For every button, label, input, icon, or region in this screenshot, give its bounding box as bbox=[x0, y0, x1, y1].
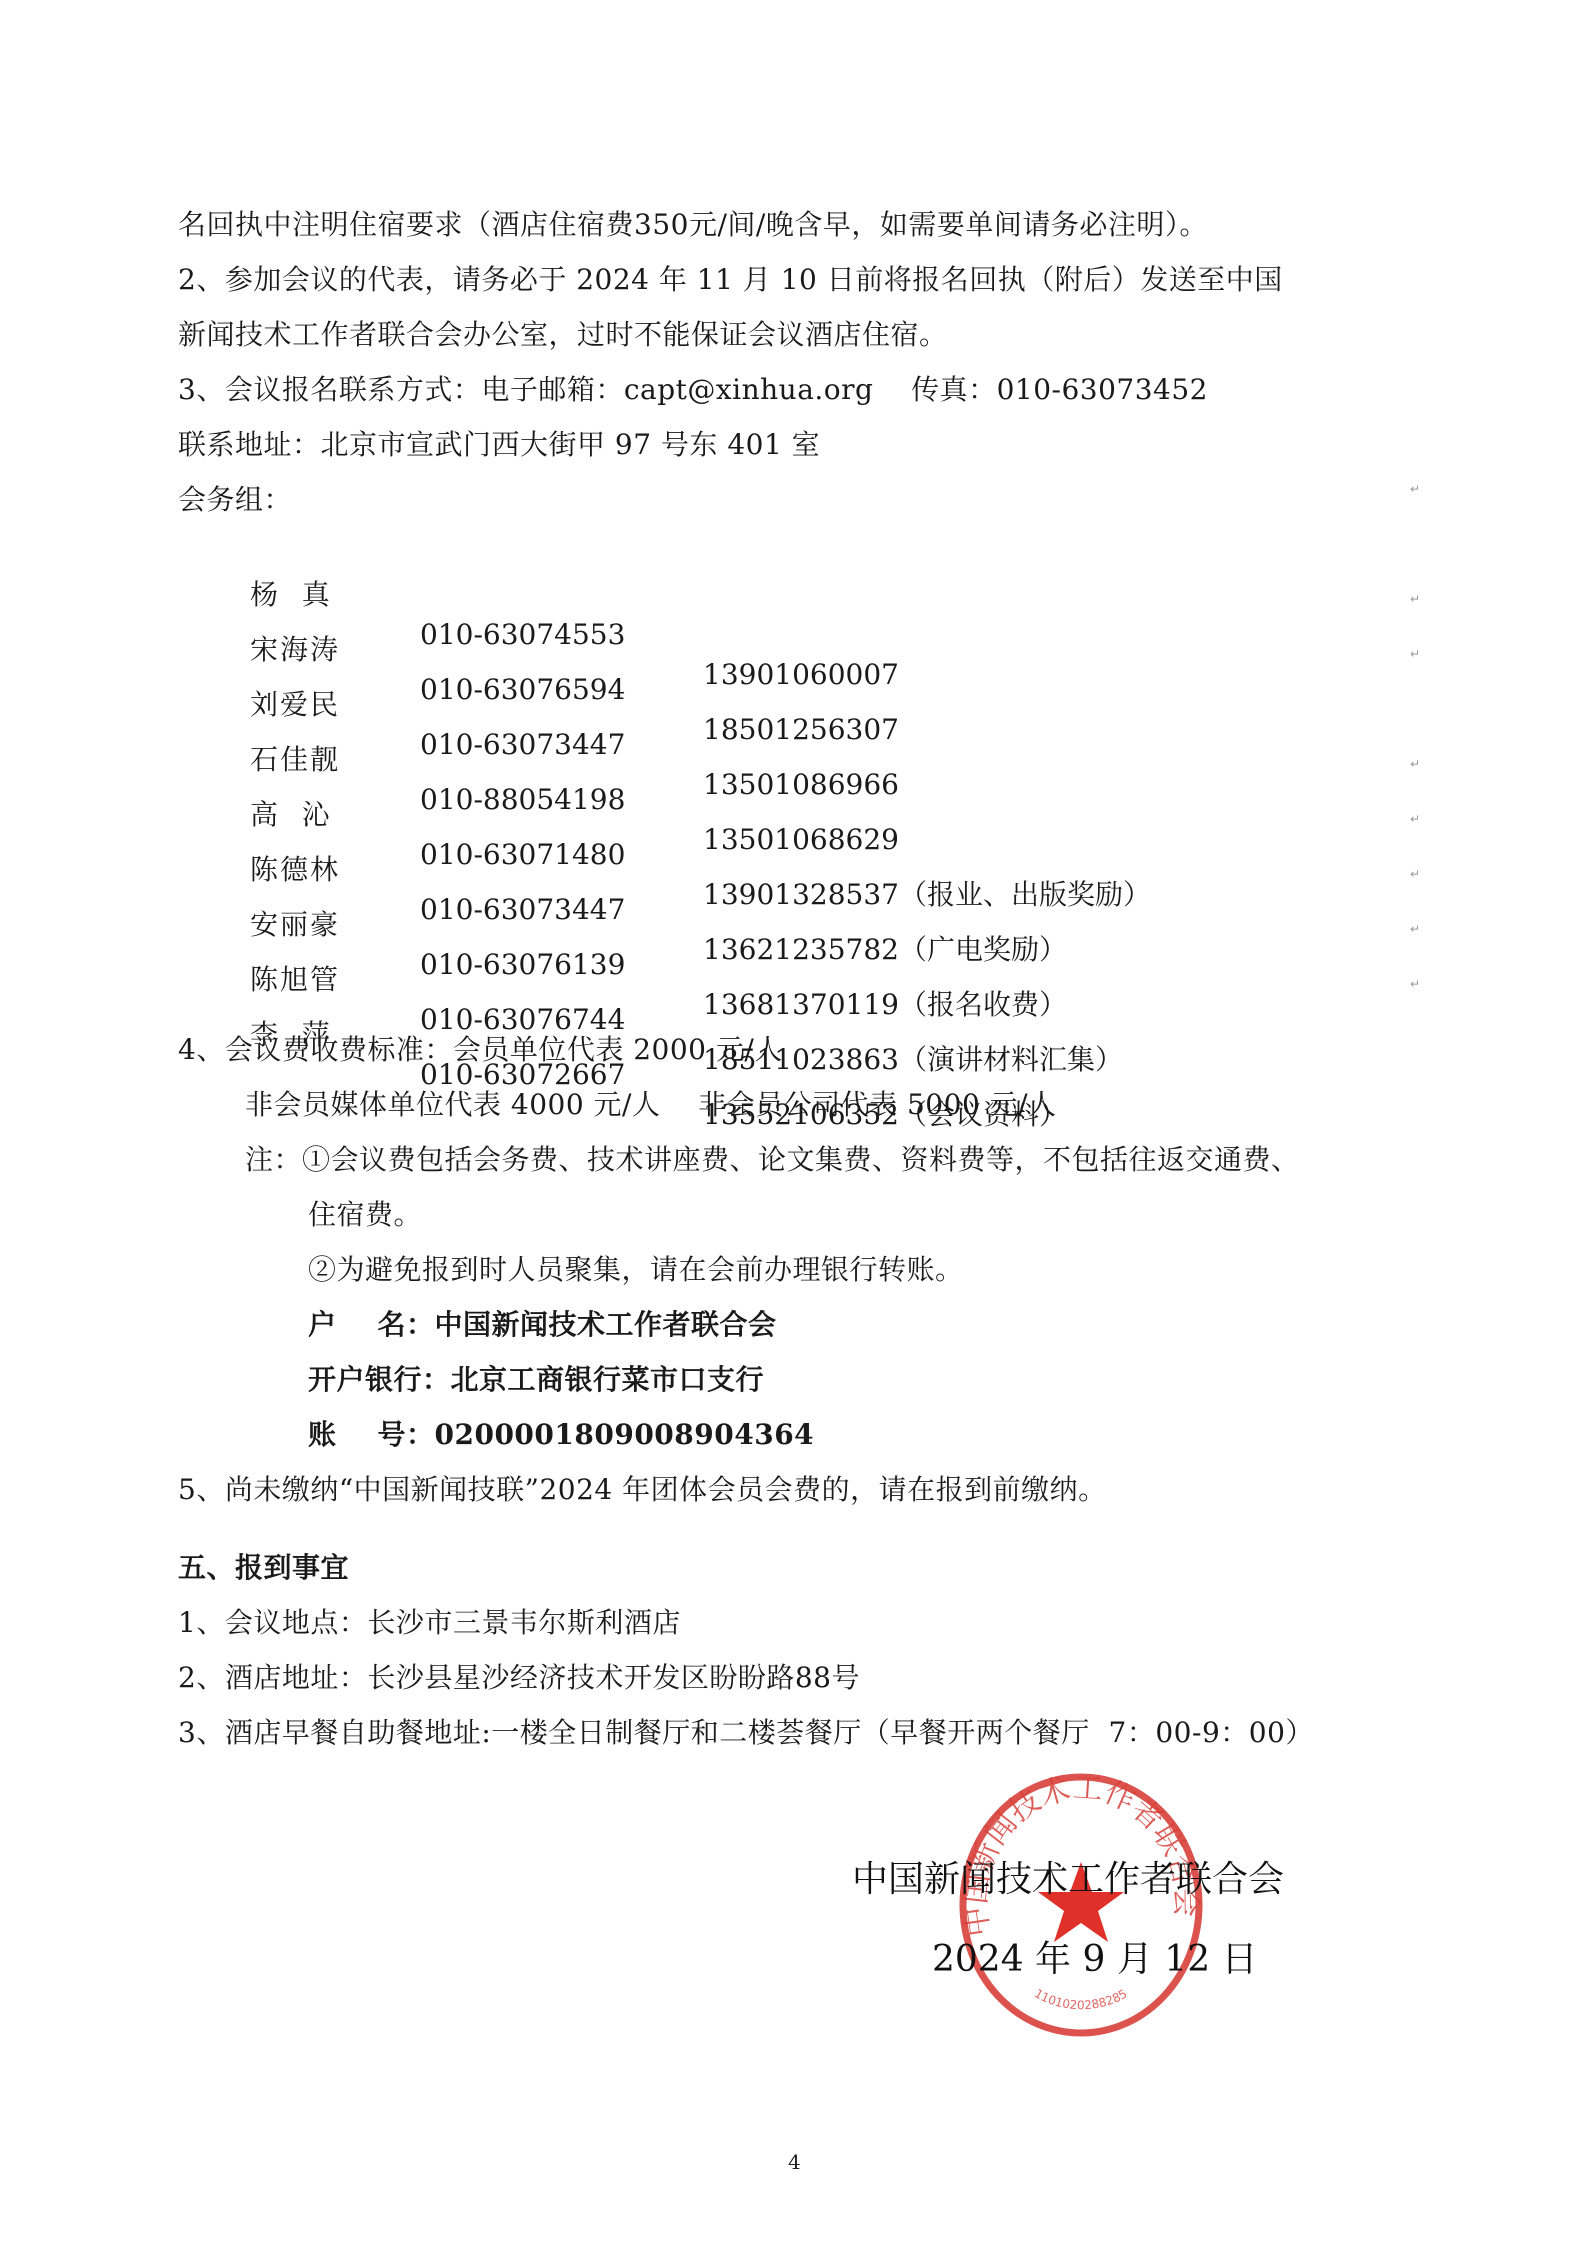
contact-tel: 010-63071480 bbox=[420, 835, 625, 875]
paragraph-mark-icon: ↵ bbox=[1410, 482, 1420, 496]
text-line: 名回执中注明住宿要求（酒店住宿费350元/间/晚含早，如需要单间请务必注明）。 bbox=[178, 205, 1208, 245]
bank-account-name: 户 名：中国新闻技术工作者联合会 bbox=[308, 1305, 777, 1345]
text-line: 新闻技术工作者联合会办公室，过时不能保证会议酒店住宿。 bbox=[178, 315, 948, 355]
svg-text:1101020288285: 1101020288285 bbox=[1032, 1986, 1130, 2012]
address-line: 联系地址：北京市宣武门西大街甲 97 号东 401 室 bbox=[178, 425, 820, 465]
contact-mobile: 13501068629 bbox=[703, 820, 899, 860]
contact-tel: 010-88054198 bbox=[420, 780, 625, 820]
contact-mobile: 13681370119（报名收费） bbox=[703, 985, 1067, 1025]
fee-note-1-cont: 住宿费。 bbox=[308, 1195, 422, 1235]
text-line: 2、参加会议的代表，请务必于 2024 年 11 月 10 日前将报名回执（附后… bbox=[178, 260, 1283, 300]
contact-mobile: 18501256307 bbox=[703, 710, 899, 750]
paragraph-mark-icon: ↵ bbox=[1410, 757, 1420, 771]
contact-info-line: 3、会议报名联系方式：电子邮箱：capt@xinhua.org 传真：010-6… bbox=[178, 370, 1208, 410]
page-number: 4 bbox=[788, 2150, 801, 2174]
staff-heading: 会务组： bbox=[178, 480, 292, 520]
paragraph-mark-icon: ↵ bbox=[1410, 867, 1420, 881]
contact-mobile: 13621235782（广电奖励） bbox=[703, 930, 1067, 970]
contact-mobile: 13901060007 bbox=[703, 655, 899, 695]
breakfast-line: 3、酒店早餐自助餐地址:一楼全日制餐厅和二楼荟餐厅（早餐开两个餐厅 7：00-9… bbox=[178, 1713, 1314, 1753]
document-page: 名回执中注明住宿要求（酒店住宿费350元/间/晚含早，如需要单间请务必注明）。 … bbox=[0, 0, 1588, 2245]
contact-tel: 010-63073447 bbox=[420, 890, 625, 930]
paragraph-mark-icon: ↵ bbox=[1410, 647, 1420, 661]
contact-tel: 010-63076594 bbox=[420, 670, 625, 710]
contact-mobile: 13901328537（报业、出版奖励） bbox=[703, 875, 1151, 915]
signature-org: 中国新闻技术工作者联合会 bbox=[852, 1858, 1284, 1902]
official-seal-icon: 中国新闻技术工作者联合会 1101020288285 bbox=[956, 1770, 1206, 2040]
signature-date: 2024 年 9 月 12 日 bbox=[932, 1938, 1258, 1982]
contact-tel: 010-63074553 bbox=[420, 615, 625, 655]
contact-tel: 010-63073447 bbox=[420, 725, 625, 765]
fee-nonmember-line: 非会员媒体单位代表 4000 元/人 非会员公司代表 5000 元/人 bbox=[245, 1085, 1057, 1125]
fee-note-1: 注：①会议费包括会务费、技术讲座费、论文集费、资料费等，不包括往返交通费、 bbox=[245, 1140, 1300, 1180]
bank-name: 开户银行：北京工商银行菜市口支行 bbox=[308, 1360, 764, 1400]
contact-tel: 010-63076139 bbox=[420, 945, 625, 985]
fee-standard-line: 4、会议费收费标准：会员单位代表 2000 元/人 bbox=[178, 1030, 783, 1070]
paragraph-mark-icon: ↵ bbox=[1410, 812, 1420, 826]
fee-note-2: ②为避免报到时人员聚集，请在会前办理银行转账。 bbox=[308, 1250, 964, 1290]
venue-line: 1、会议地点：长沙市三景韦尔斯利酒店 bbox=[178, 1603, 681, 1643]
contact-mobile: 13501086966 bbox=[703, 765, 899, 805]
bank-account-number: 账 号：0200001809008904364 bbox=[308, 1415, 814, 1455]
membership-fee-line: 5、尚未缴纳“中国新闻技联”2024 年团体会员会费的，请在报到前缴纳。 bbox=[178, 1470, 1107, 1510]
paragraph-mark-icon: ↵ bbox=[1410, 922, 1420, 936]
section-heading: 五、报到事宜 bbox=[178, 1548, 349, 1588]
paragraph-mark-icon: ↵ bbox=[1410, 977, 1420, 991]
paragraph-mark-icon: ↵ bbox=[1410, 592, 1420, 606]
hotel-address-line: 2、酒店地址：长沙县星沙经济技术开发区盼盼路88号 bbox=[178, 1658, 860, 1698]
